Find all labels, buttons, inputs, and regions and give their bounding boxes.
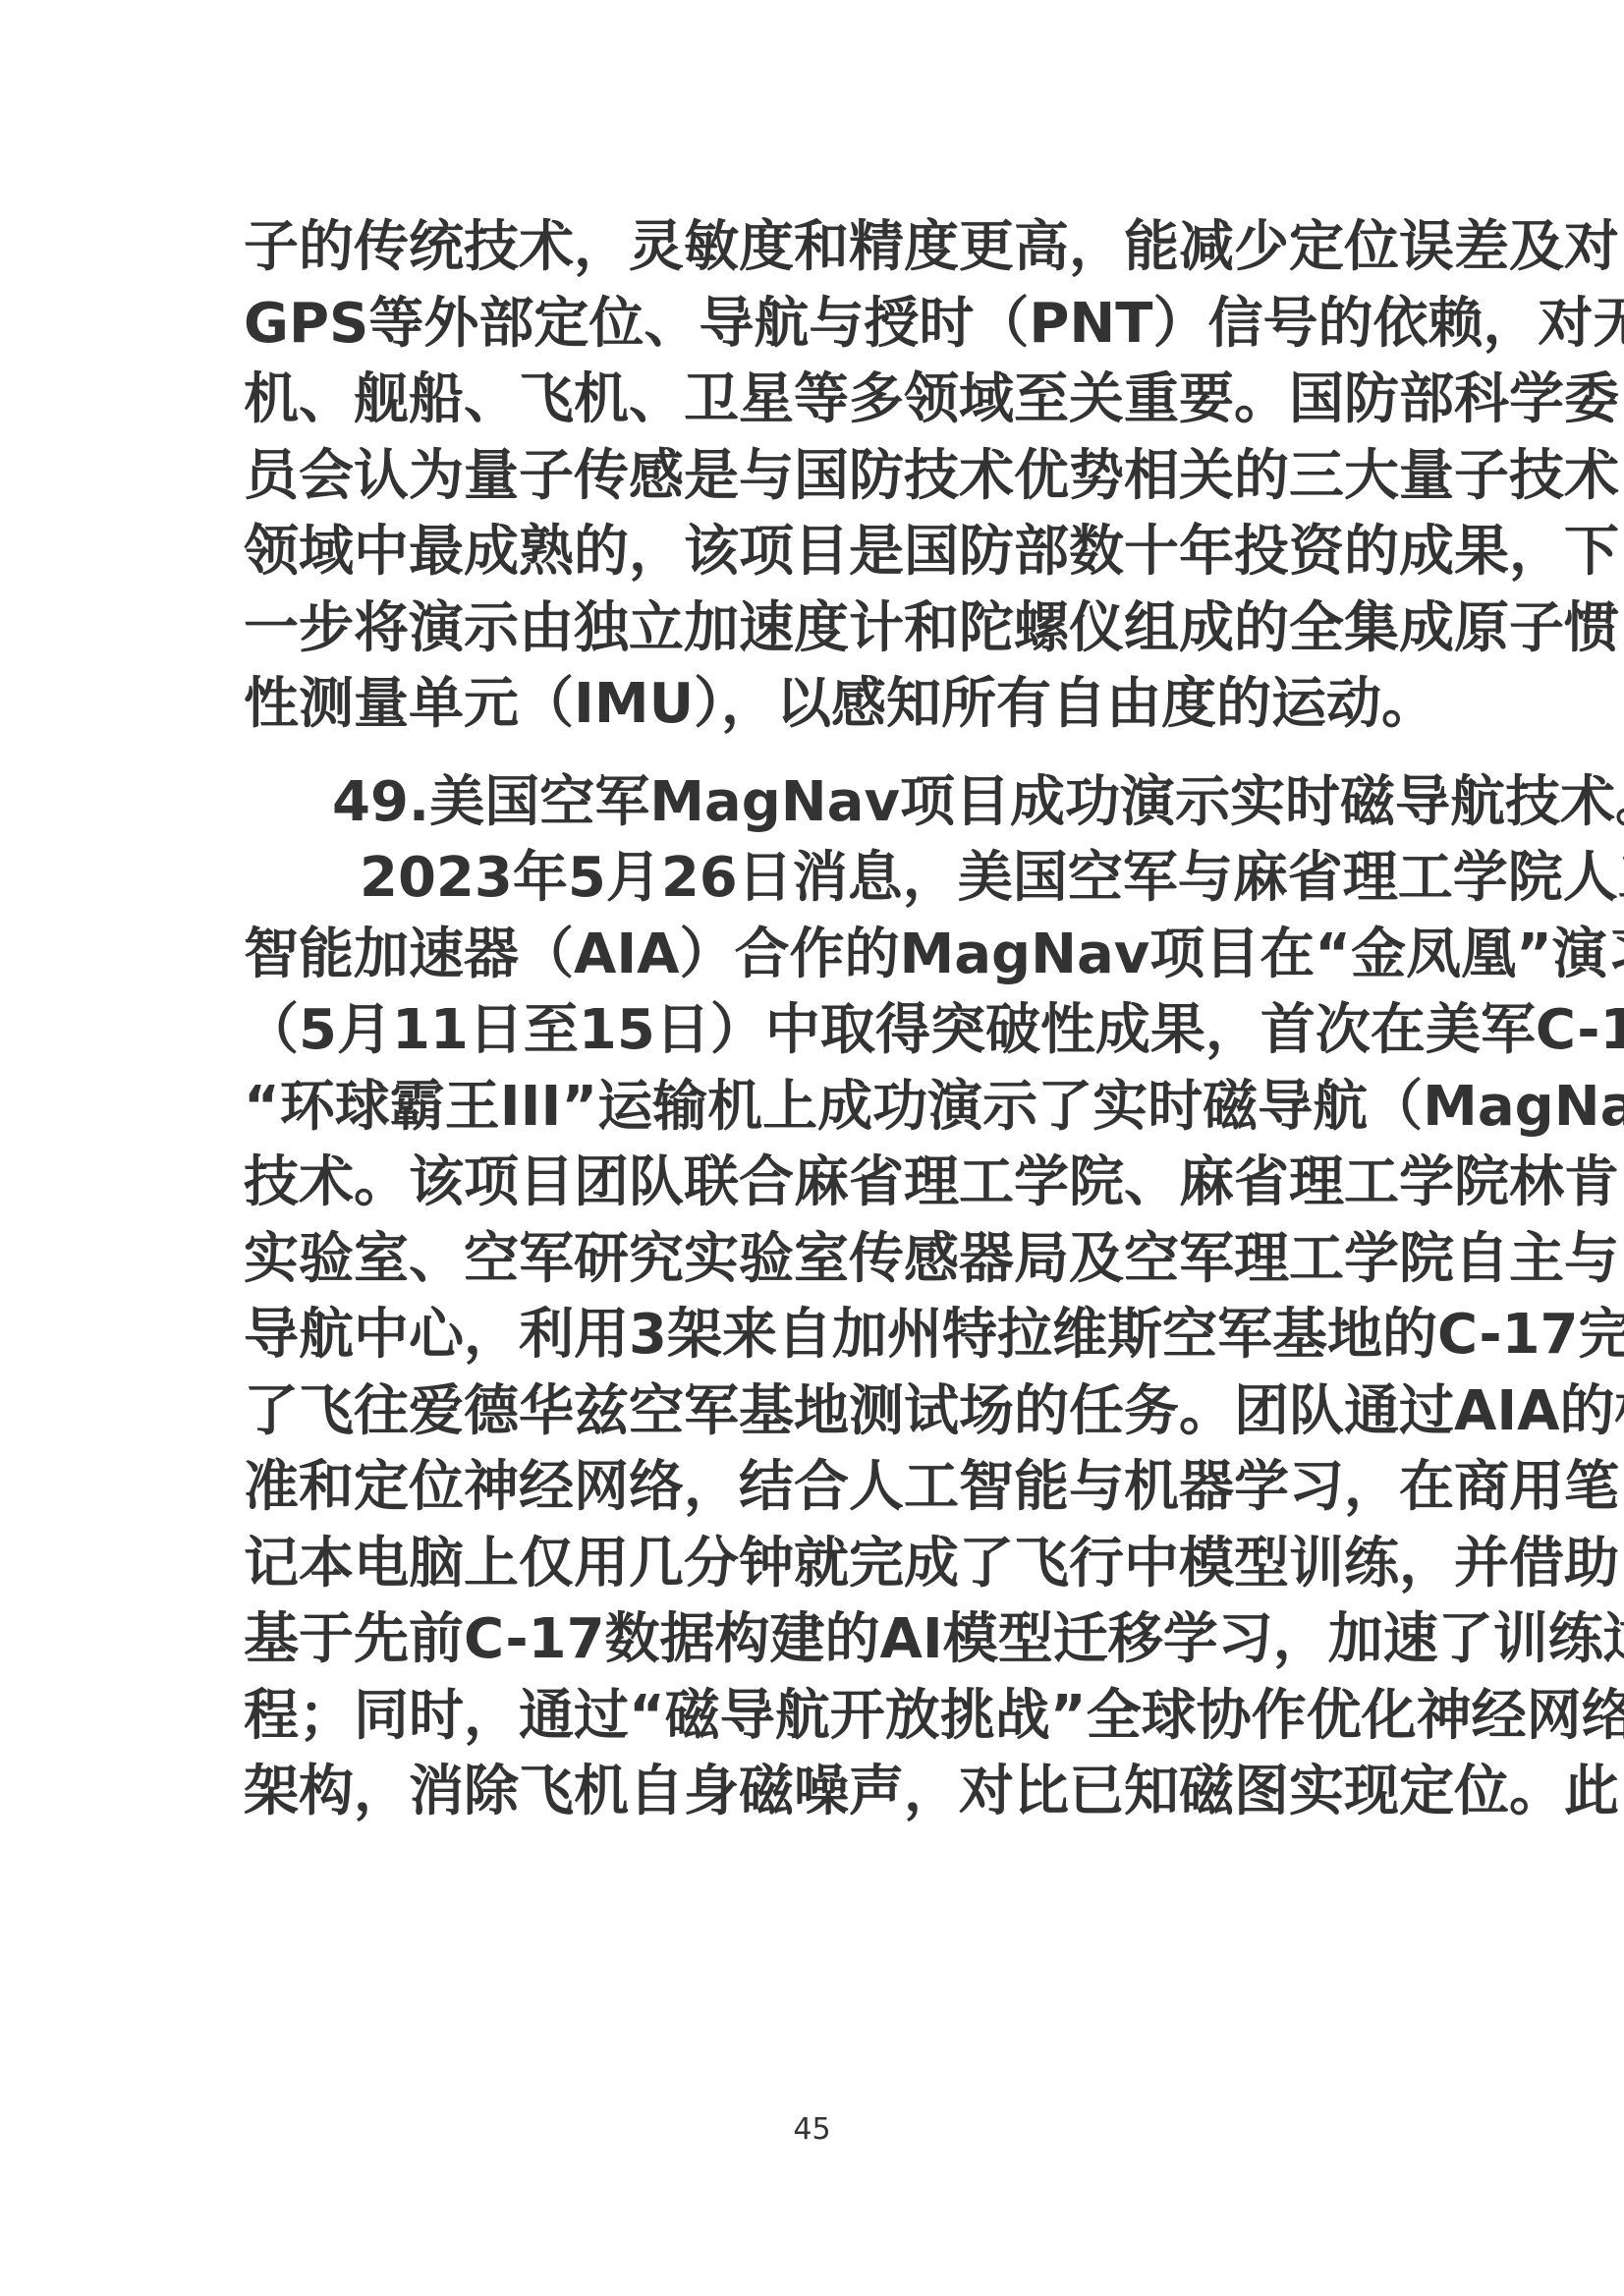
text-line: 准和定位神经网络，结合人工智能与机器学习，在商用笔 xyxy=(244,1449,1383,1526)
text-line: 架构，消除飞机自身磁噪声，对比已知磁图实现定位。此 xyxy=(244,1754,1383,1830)
text-line: 记本电脑上仅用几分钟就完成了飞行中模型训练，并借助 xyxy=(244,1526,1383,1602)
paragraph-2: 2023年5月26日消息，美国空军与麻省理工学院人工 智能加速器（AIA）合作的… xyxy=(244,840,1383,1830)
text-line: GPS等外部定位、导航与授时（PNT）信号的依赖，对无人 xyxy=(244,286,1383,363)
section-heading: 49.美国空军MagNav项目成功演示实时磁导航技术。 xyxy=(244,764,1383,841)
text-line: 实验室、空军研究实验室传感器局及空军理工学院自主与 xyxy=(244,1221,1383,1298)
text-line: 2023年5月26日消息，美国空军与麻省理工学院人工 xyxy=(244,840,1383,917)
text-line: 机、舰船、飞机、卫星等多领域至关重要。国防部科学委 xyxy=(244,362,1383,438)
text-line: 基于先前C-17数据构建的AI模型迁移学习，加速了训练过 xyxy=(244,1601,1383,1678)
text-line: 导航中心，利用3架来自加州特拉维斯空军基地的C-17完成 xyxy=(244,1297,1383,1373)
text-line: （5月11日至15日）中取得突破性成果，首次在美军C-17A xyxy=(244,992,1383,1069)
page-number: 45 xyxy=(0,2112,1624,2147)
text-line: 子的传统技术，灵敏度和精度更高，能减少定位误差及对 xyxy=(244,209,1383,286)
text-line: 程；同时，通过“磁导航开放挑战”全球协作优化神经网络 xyxy=(244,1678,1383,1755)
text-line: 一步将演示由独立加速度计和陀螺仪组成的全集成原子惯 xyxy=(244,590,1383,667)
text-line: 技术。该项目团队联合麻省理工学院、麻省理工学院林肯 xyxy=(244,1145,1383,1221)
text-line: “环球霸王III”运输机上成功演示了实时磁导航（MagNav） xyxy=(244,1069,1383,1146)
text-line: 性测量单元（IMU），以感知所有自由度的运动。 xyxy=(244,666,1383,743)
document-page: 子的传统技术，灵敏度和精度更高，能减少定位误差及对 GPS等外部定位、导航与授时… xyxy=(0,0,1624,2296)
page-content: 子的传统技术，灵敏度和精度更高，能减少定位误差及对 GPS等外部定位、导航与授时… xyxy=(244,209,1383,1830)
paragraph-1: 子的传统技术，灵敏度和精度更高，能减少定位误差及对 GPS等外部定位、导航与授时… xyxy=(244,209,1383,743)
text-line: 了飞往爱德华兹空军基地测试场的任务。团队通过AIA的校 xyxy=(244,1373,1383,1450)
text-line: 领域中最成熟的，该项目是国防部数十年投资的成果，下 xyxy=(244,514,1383,590)
text-line: 智能加速器（AIA）合作的MagNav项目在“金凤凰”演习 xyxy=(244,917,1383,993)
text-line: 员会认为量子传感是与国防技术优势相关的三大量子技术 xyxy=(244,438,1383,515)
